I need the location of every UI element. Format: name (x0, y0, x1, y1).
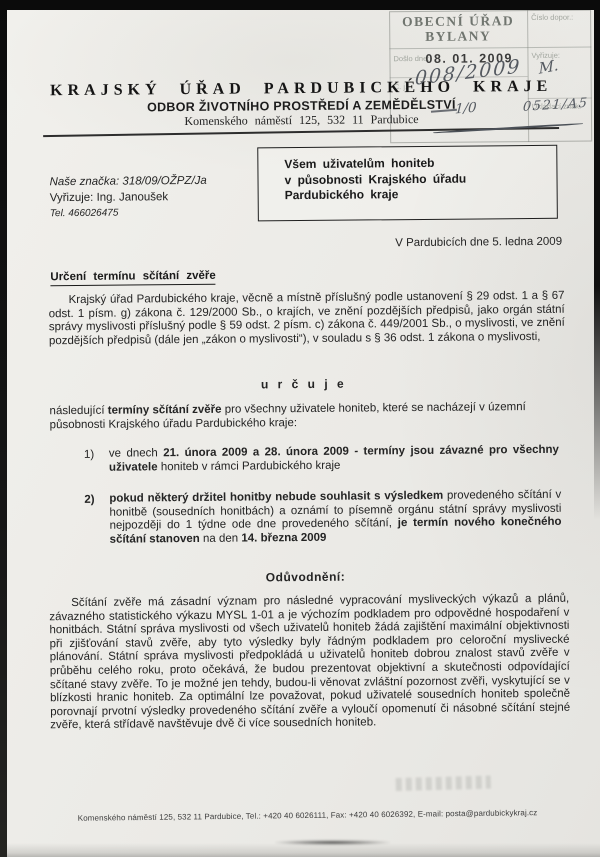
list-item-1-marker: 1) (84, 448, 104, 462)
place-and-date-line: V Pardubicích dne 5. ledna 2009 (256, 236, 562, 251)
page-content: OBECNÍ ÚŘAD BYLANY Číslo dopor.: Došlo d… (4, 7, 600, 857)
terms-lead-paragraph: následující termíny sčítání zvěře pro vš… (49, 401, 565, 433)
intro-paragraph: Krajský úřad Pardubického kraje, věcně a… (49, 290, 565, 349)
stamp-label-doslo-dne: Došlo dne: (393, 55, 429, 64)
reference-phone: Tel. 466026475 (50, 205, 207, 222)
scan-edge-right (594, 0, 600, 520)
footer-contact-line: Komenského náměstí 125, 532 11 Pardubice… (11, 807, 600, 823)
reference-handled-by: Vyřizuje: Ing. Janoušek (50, 189, 207, 206)
recipient-line: Pardubického kraje (285, 186, 557, 204)
stamp-label-cislo-dopor: Číslo dopor.: (531, 14, 585, 23)
ink-bleed-artifact (396, 776, 491, 791)
text-segment: ve dnech (109, 447, 163, 459)
text-segment-bold: termíny sčítání zvěře (108, 404, 222, 417)
list-item-2-marker: 2) (84, 493, 104, 507)
reference-our-mark: Naše značka: 318/09/OŽPZ/Ja (49, 174, 206, 191)
handwritten-initials: M. (538, 56, 559, 78)
text-segment: honiteb v rámci Pardubického kraje (158, 459, 341, 473)
scan-bottom-smudge (275, 840, 390, 845)
recipient-box: Všem uživatelům honiteb v působnosti Kra… (257, 145, 558, 222)
stamp-office-line1: OBECNÍ ÚŘAD (389, 13, 527, 29)
reference-block: Naše značka: 318/09/OŽPZ/Ja Vyřizuje: In… (49, 174, 207, 222)
subject-heading: Určení termínu sčítání zvěře (50, 270, 216, 286)
justification-paragraph: Sčítání zvěře má zásadní význam pro násl… (49, 593, 570, 733)
text-segment-bold: pokud některý držitel honitby nebude sou… (109, 490, 443, 505)
scan-edge-left (0, 0, 7, 857)
list-item-1: ve dnech 21. února 2009 a 28. února 2009… (109, 444, 559, 475)
text-segment-bold: 14. března 2009 (241, 532, 326, 545)
text-segment: na den (200, 532, 242, 544)
list-item-2: pokud některý držitel honitby nebude sou… (109, 489, 561, 547)
text-segment: následující (49, 405, 107, 418)
stamp-office-line2: BYLANY (389, 28, 527, 44)
scan-edge-top (0, 0, 600, 10)
scan-bottom-shade (7, 843, 600, 857)
scanned-letter: OBECNÍ ÚŘAD BYLANY Číslo dopor.: Došlo d… (0, 0, 600, 857)
paper-sheet: OBECNÍ ÚŘAD BYLANY Číslo dopor.: Došlo d… (7, 10, 600, 857)
handwritten-enclosures: 1/0 (454, 100, 477, 118)
stamp-office-name: OBECNÍ ÚŘAD BYLANY (389, 13, 527, 44)
decree-word: u r č u j e (7, 375, 600, 394)
justification-heading: Odůvodnění: (9, 568, 600, 587)
